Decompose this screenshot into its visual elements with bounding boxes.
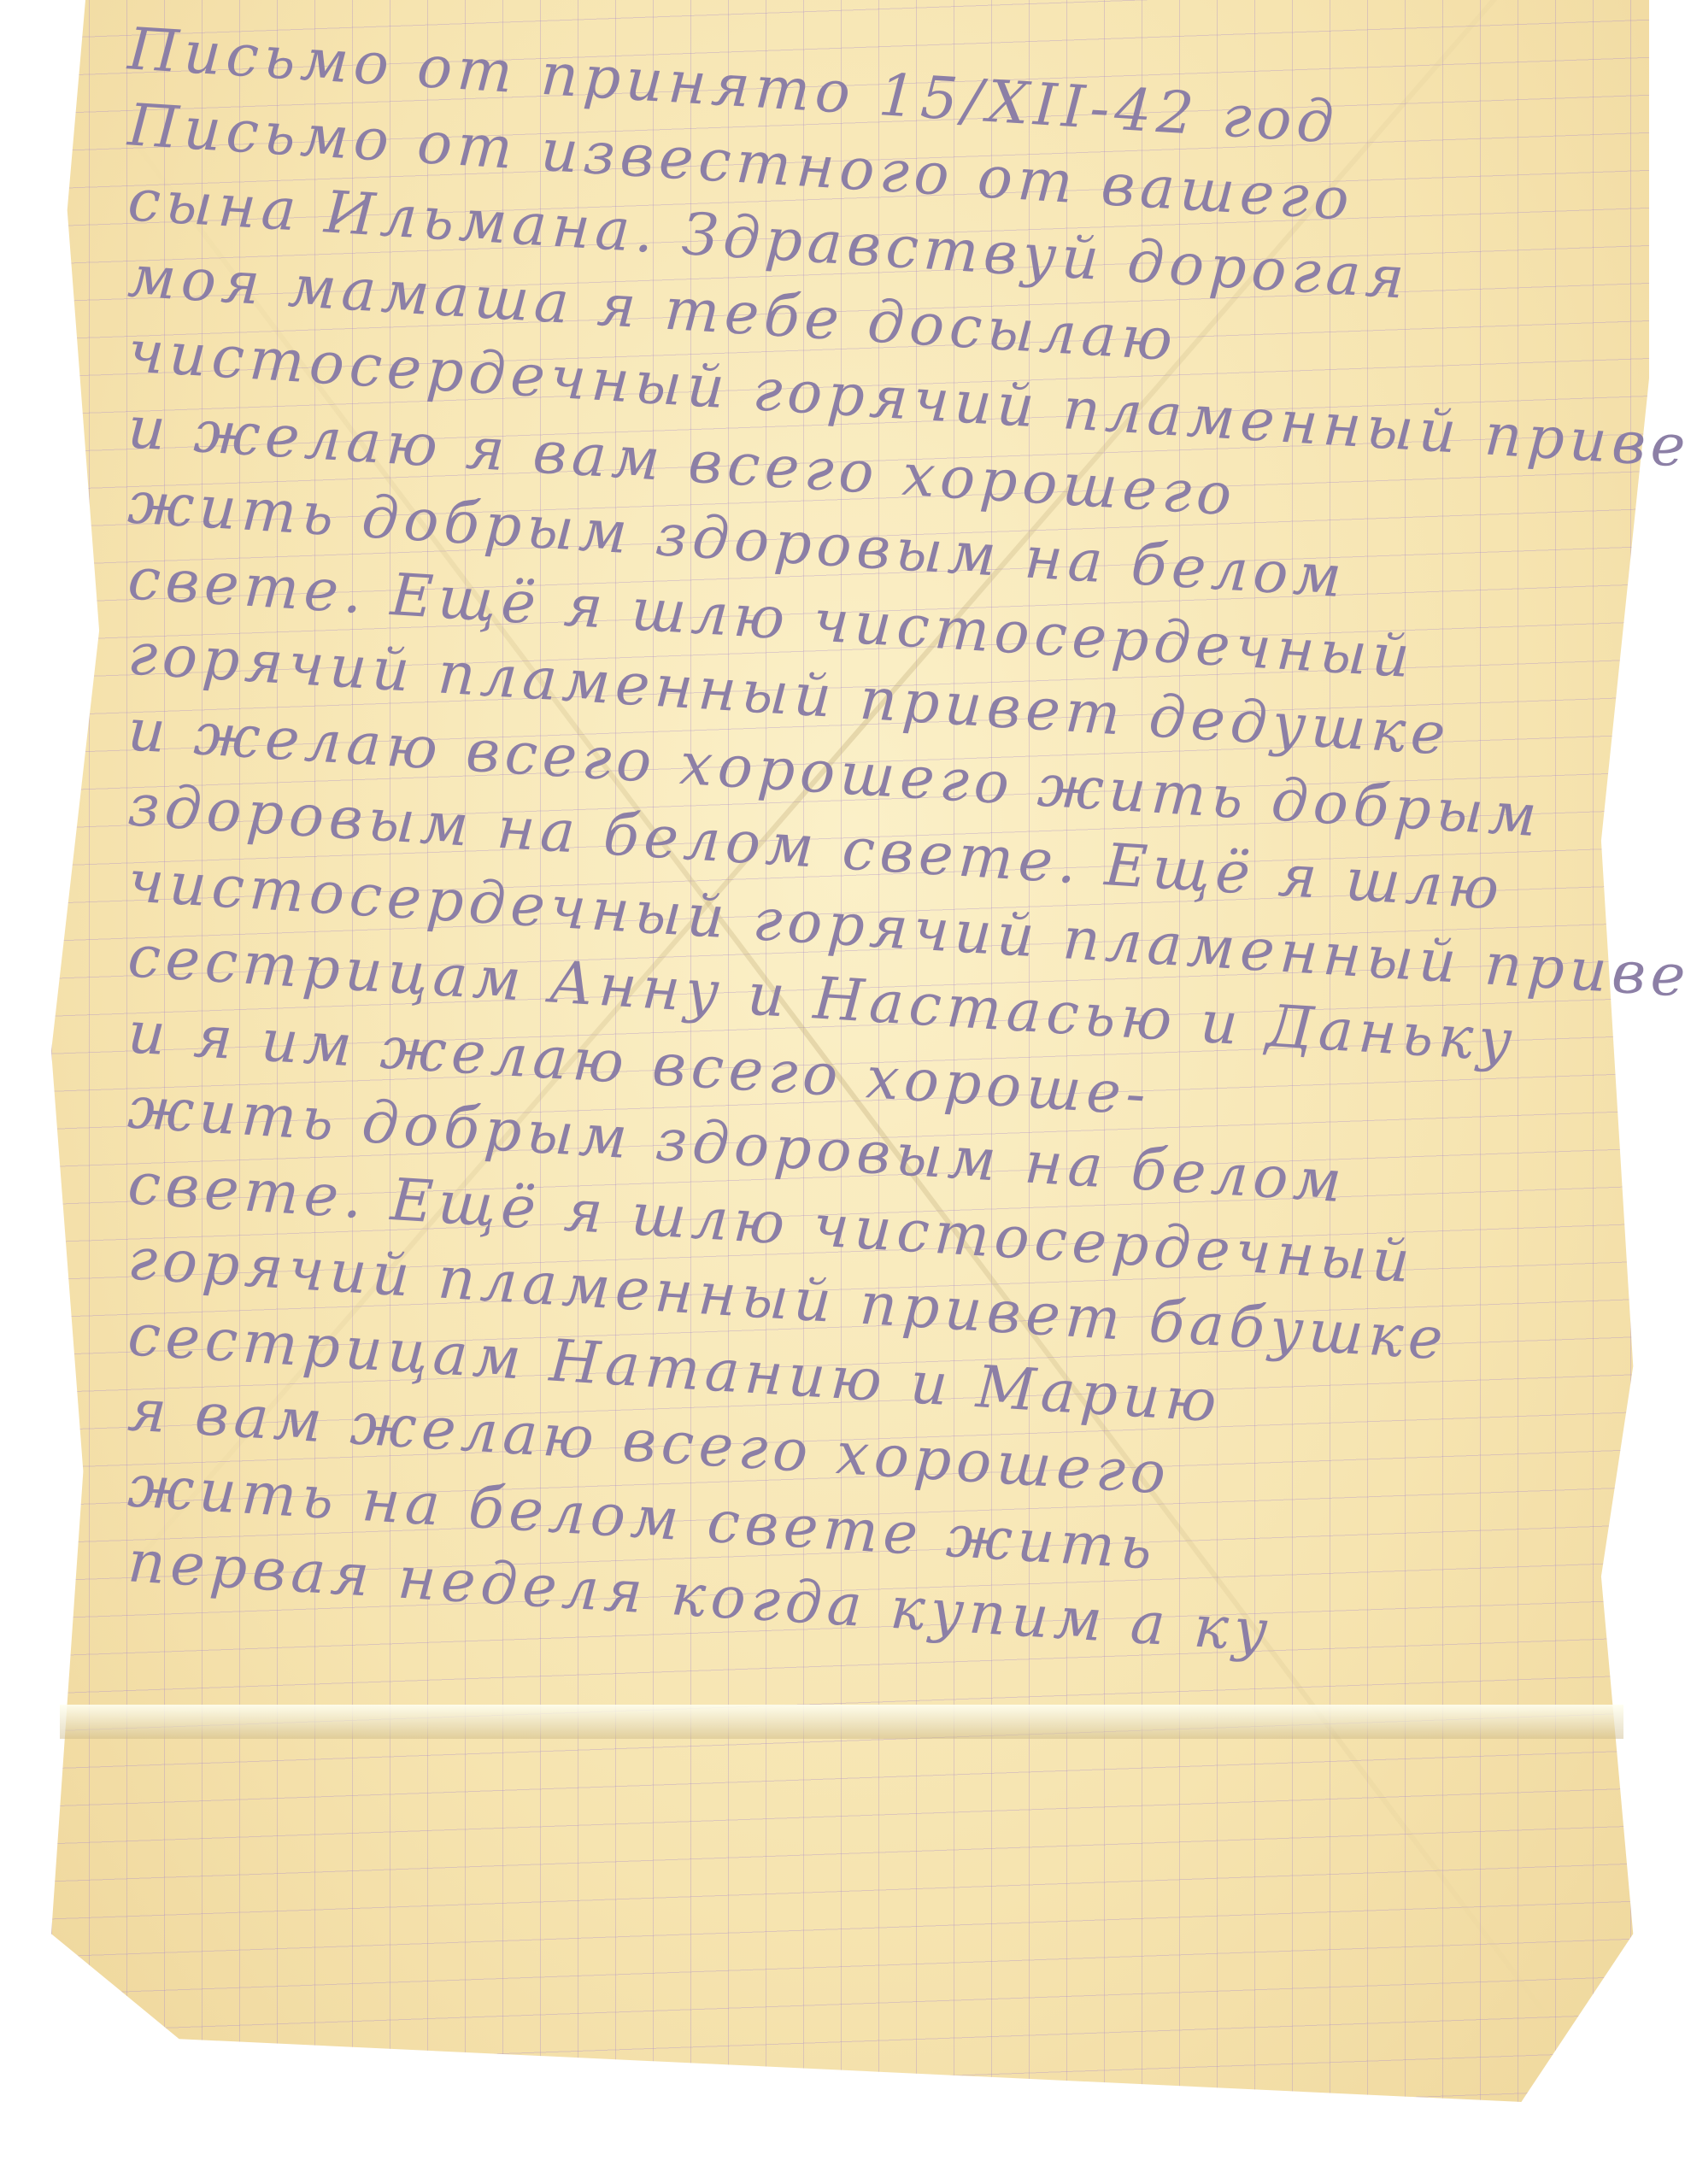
- fold-crease-horizontal: [60, 1705, 1623, 1739]
- handwritten-text: Письмо от принято 15/XII-42 годПисьмо от…: [68, 9, 1641, 1597]
